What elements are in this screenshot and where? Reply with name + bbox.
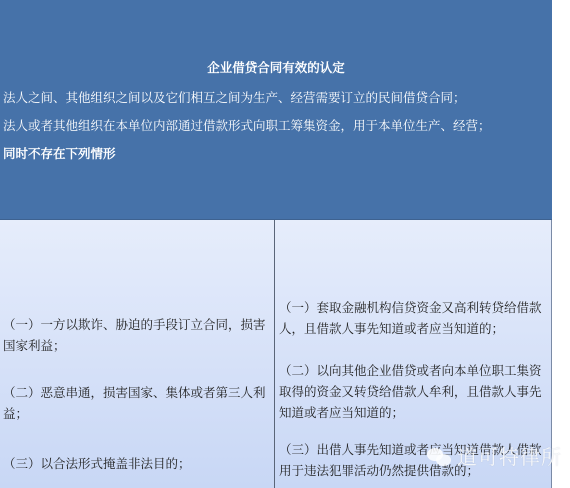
table-title: 企业借贷合同有效的认定 <box>0 60 552 76</box>
left-item-1: （一）一方以欺诈、胁迫的手段订立合同，损害国家利益； <box>3 314 268 356</box>
exclusion-heading: 同时不存在下列情形 <box>3 146 116 162</box>
left-column-cell: （一）一方以欺诈、胁迫的手段订立合同，损害国家利益； （二）恶意串通，损害国家、… <box>0 220 275 488</box>
table-body-row: （一）一方以欺诈、胁迫的手段订立合同，损害国家利益； （二）恶意串通，损害国家、… <box>0 220 552 488</box>
condition-line-2: 法人或者其他组织在本单位内部通过借款形式向职工筹集资金，用于本单位生产、经营； <box>3 118 491 134</box>
right-column-cell: （一）套取金融机构信贷资金又高利转贷给借款人，且借款人事先知道或者应当知道的； … <box>275 220 552 488</box>
legal-table: 企业借贷合同有效的认定 法人之间、其他组织之间以及它们相互之间为生产、经营需要订… <box>0 0 552 488</box>
left-item-2: （二）恶意串通，损害国家、集体或者第三人利益； <box>3 382 268 424</box>
right-item-2: （二）以向其他企业借贷或者向本单位职工集资取得的资金又转贷给借款人牟利，且借款人… <box>279 360 545 423</box>
condition-line-1: 法人之间、其他组织之间以及它们相互之间为生产、经营需要订立的民间借贷合同； <box>3 90 466 106</box>
left-item-3: （三）以合法形式掩盖非法目的； <box>3 453 268 474</box>
right-item-3: （三）出借人事先知道或者应当知道借款人借款用于违法犯罪活动仍然提供借款的； <box>279 439 545 481</box>
right-item-1: （一）套取金融机构信贷资金又高利转贷给借款人，且借款人事先知道或者应当知道的； <box>279 297 545 339</box>
table-header-cell: 企业借贷合同有效的认定 法人之间、其他组织之间以及它们相互之间为生产、经营需要订… <box>0 0 552 220</box>
